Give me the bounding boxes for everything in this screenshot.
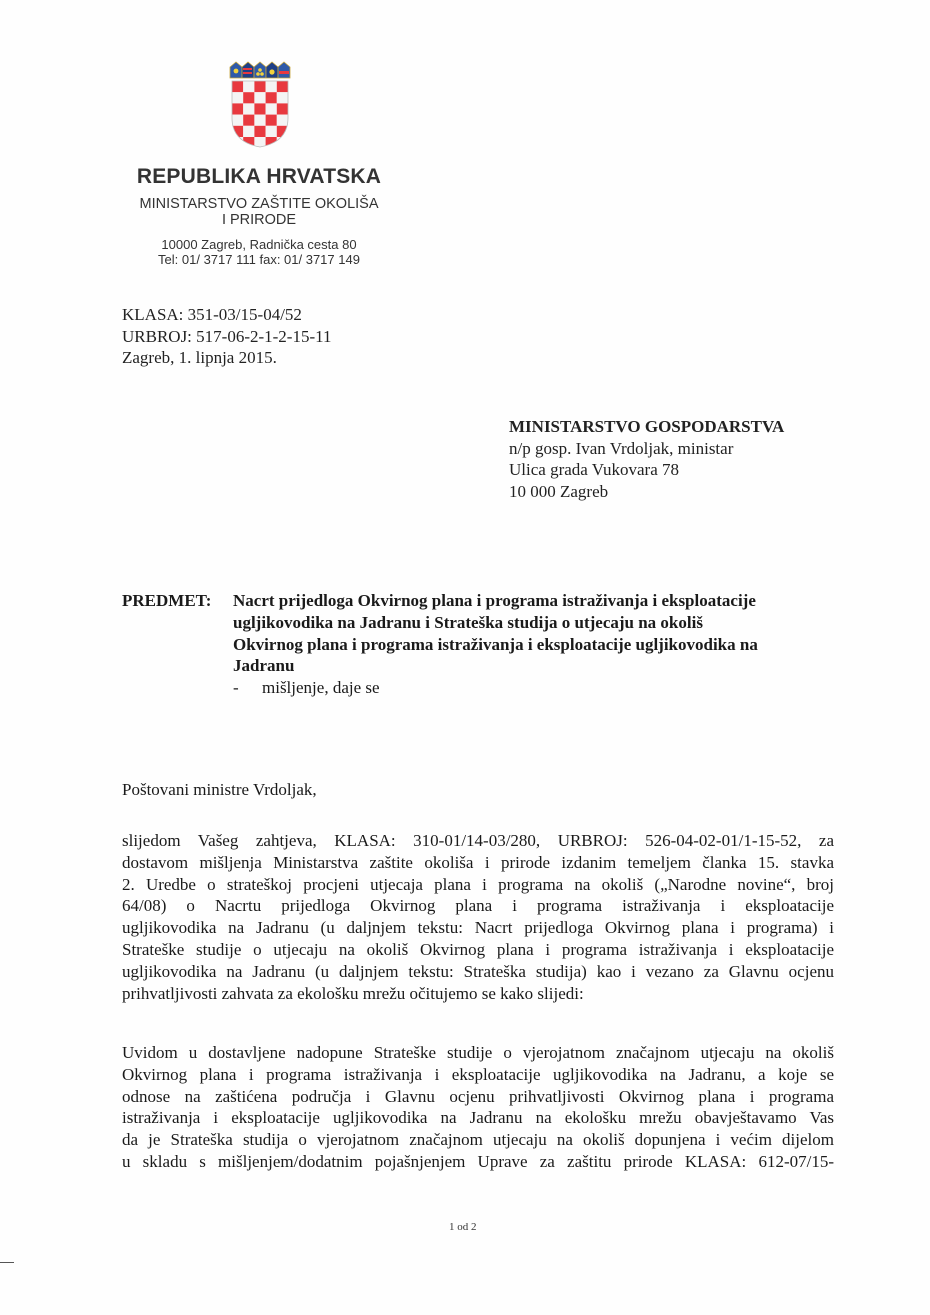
- document-page: REPUBLIKA HRVATSKA MINISTARSTVO ZAŠTITE …: [0, 0, 930, 1315]
- paragraph-line: Okvirnog plana i programa istraživanja i…: [122, 1064, 834, 1086]
- paragraph-line: istraživanja i eksploatacije ugljikovodi…: [122, 1107, 834, 1129]
- paragraph-line: dostavom mišljenja Ministarstva zaštite …: [122, 852, 834, 874]
- urbroj: URBROJ: 517-06-2-1-2-15-11: [122, 326, 332, 348]
- subject-line: Jadranu: [233, 655, 930, 677]
- recipient-block: MINISTARSTVO GOSPODARSTVA n/p gosp. Ivan…: [509, 416, 784, 502]
- paragraph-line: ugljikovodika na Jadranu (u daljnjem tek…: [122, 961, 834, 983]
- letterhead-country: REPUBLIKA HRVATSKA: [128, 165, 390, 189]
- scan-edge-mark: [0, 1262, 14, 1263]
- subject-line: Nacrt prijedloga Okvirnog plana i progra…: [233, 590, 930, 612]
- subject-lines: Nacrt prijedloga Okvirnog plana i progra…: [233, 590, 930, 677]
- subject-label: PREDMET:: [122, 590, 211, 612]
- recipient-organization: MINISTARSTVO GOSPODARSTVA: [509, 416, 784, 438]
- letterhead-ministry: MINISTARSTVO ZAŠTITE OKOLIŠA I PRIRODE: [118, 196, 400, 228]
- paragraph-line: 64/08) o Nacrtu prijedloga Okvirnog plan…: [122, 895, 834, 917]
- paragraph-line: slijedom Vašeg zahtjeva, KLASA: 310-01/1…: [122, 830, 834, 852]
- paragraph-line: da je Strateška studija o vjerojatnom zn…: [122, 1129, 834, 1151]
- paragraph-line: odnose na zaštićena područja i Glavnu oc…: [122, 1086, 834, 1108]
- ministry-line-2: I PRIRODE: [118, 212, 400, 228]
- reference-block: KLASA: 351-03/15-04/52 URBROJ: 517-06-2-…: [122, 304, 332, 369]
- page-number: 1 od 2: [449, 1221, 477, 1233]
- subject-note: -mišljenje, daje se: [233, 677, 380, 699]
- subject-line: ugljikovodika na Jadranu i Strateška stu…: [233, 612, 930, 634]
- paragraph-line: 2. Uredbe o strateškoj procjeni utjecaja…: [122, 874, 834, 896]
- coat-of-arms-icon: [225, 58, 295, 148]
- recipient-attention: n/p gosp. Ivan Vrdoljak, ministar: [509, 438, 784, 460]
- paragraph-line: prihvatljivosti zahvata za ekološku mrež…: [122, 983, 834, 1005]
- salutation: Poštovani ministre Vrdoljak,: [122, 780, 317, 800]
- body-paragraph-2: Uvidom u dostavljene nadopune Strateške …: [122, 1042, 834, 1173]
- place-date: Zagreb, 1. lipnja 2015.: [122, 347, 332, 369]
- paragraph-line: Strateške studije o utjecaju na okoliš O…: [122, 939, 834, 961]
- letterhead-address: 10000 Zagreb, Radnička cesta 80: [118, 237, 400, 252]
- klasa: KLASA: 351-03/15-04/52: [122, 304, 332, 326]
- ministry-line-1: MINISTARSTVO ZAŠTITE OKOLIŠA: [118, 196, 400, 212]
- paragraph-line: ugljikovodika na Jadranu (u daljnjem tek…: [122, 917, 834, 939]
- note-text: mišljenje, daje se: [262, 678, 380, 697]
- letterhead-contact: Tel: 01/ 3717 111 fax: 01/ 3717 149: [118, 252, 400, 267]
- note-dash: -: [233, 677, 262, 699]
- subject-line: Okvirnog plana i programa istraživanja i…: [233, 634, 930, 656]
- paragraph-line: Uvidom u dostavljene nadopune Strateške …: [122, 1042, 834, 1064]
- body-paragraph-1: slijedom Vašeg zahtjeva, KLASA: 310-01/1…: [122, 830, 834, 1004]
- recipient-city: 10 000 Zagreb: [509, 481, 784, 503]
- paragraph-line: u skladu s mišljenjem/dodatnim pojašnjen…: [122, 1151, 834, 1173]
- recipient-street: Ulica grada Vukovara 78: [509, 459, 784, 481]
